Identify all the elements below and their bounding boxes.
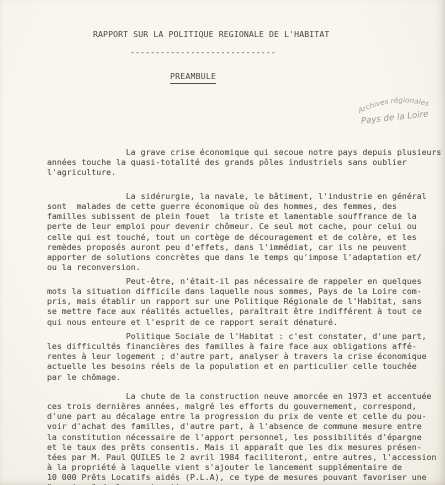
paragraph-4: Politique Sociale de l'Habitat : c'est c… bbox=[47, 331, 443, 381]
stamp-name-text: Pays de la Loire bbox=[360, 109, 429, 126]
title-underline-dashes: ----------------------------- bbox=[130, 47, 276, 57]
archive-stamp: Archives régionales Pays de la Loire bbox=[344, 85, 444, 137]
paragraph-3: Peut-être, n'était-il pas nécessaire de … bbox=[47, 276, 443, 326]
preambule-heading: PREAMBULE bbox=[170, 71, 216, 84]
document-title: RAPPORT SUR LA POLITIQUE REGIONALE DE L'… bbox=[93, 29, 329, 39]
document-page: RAPPORT SUR LA POLITIQUE REGIONALE DE L'… bbox=[0, 0, 445, 485]
paragraph-2: La sidérurgie, la navale, le bâtiment, l… bbox=[47, 191, 443, 272]
paragraph-1: La grave crise économique qui secoue not… bbox=[47, 147, 443, 177]
paragraph-5: La chute de la construction neuve amorcé… bbox=[47, 391, 443, 485]
